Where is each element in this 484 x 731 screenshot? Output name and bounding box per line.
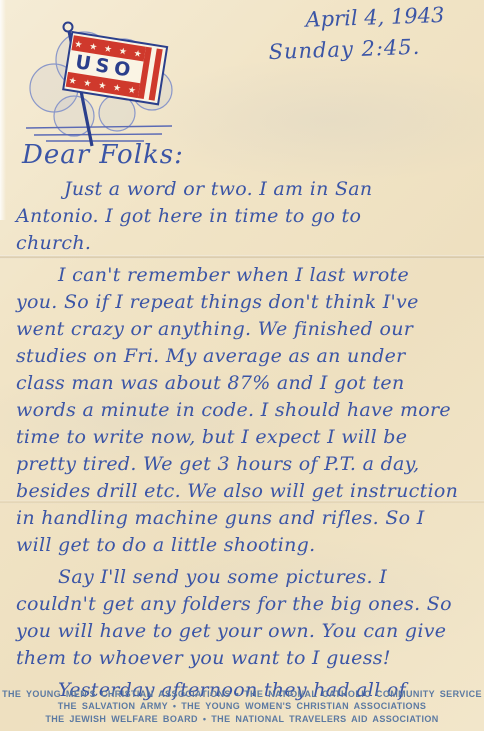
stationery-footer: THE YOUNG MEN'S CHRISTIAN ASSOCIATIONS •… [0, 688, 484, 726]
footer-line: THE JEWISH WELFARE BOARD • THE NATIONAL … [0, 713, 484, 726]
letter-paragraph: Just a word or two. I am in SanAntonio. … [16, 176, 478, 257]
letter-line: words a minute in code. I should have mo… [16, 397, 478, 424]
letter-line: in handling machine guns and rifles. So … [16, 505, 478, 532]
scan-edge-highlight [0, 0, 6, 220]
letter-body: Just a word or two. I am in SanAntonio. … [16, 176, 478, 709]
letter-greeting: Dear Folks: [22, 140, 184, 170]
uso-flag-icon: ★★★★★ ★★★★★ USO [12, 8, 192, 153]
svg-text:★: ★ [133, 49, 143, 60]
date-block: April 4, 1943 Sunday 2:45. [267, 3, 446, 64]
letter-line: time to write now, but I expect I will b… [16, 424, 478, 451]
letter-line: couldn't get any folders for the big one… [16, 591, 478, 618]
letter-paragraph: Say I'll send you some pictures. Icouldn… [16, 564, 478, 672]
letter-line: studies on Fri. My average as an under [16, 343, 478, 370]
svg-text:★: ★ [127, 85, 137, 96]
letter-line: them to whoever you want to I guess! [16, 645, 478, 672]
svg-text:★: ★ [118, 47, 128, 58]
letter-line: I can't remember when I last wrote [16, 262, 478, 289]
uso-flag-logo: ★★★★★ ★★★★★ USO [12, 8, 192, 153]
letter-line: church. [16, 230, 478, 257]
letter-paragraph: I can't remember when I last wroteyou. S… [16, 262, 478, 559]
footer-line: THE SALVATION ARMY • THE YOUNG WOMEN'S C… [0, 700, 484, 713]
letter-line: besides drill etc. We also will get inst… [16, 478, 478, 505]
letter-line: Antonio. I got here in time to go to [16, 203, 478, 230]
svg-text:★: ★ [103, 44, 113, 55]
footer-line: THE YOUNG MEN'S CHRISTIAN ASSOCIATIONS •… [0, 688, 484, 701]
svg-text:★: ★ [97, 81, 107, 92]
svg-text:★: ★ [83, 78, 93, 89]
date-line: April 4, 1943 [305, 3, 445, 32]
letter-line: pretty tired. We get 3 hours of P.T. a d… [16, 451, 478, 478]
letter-line: you will have to get your own. You can g… [16, 618, 478, 645]
svg-text:★: ★ [88, 42, 98, 53]
time-line: Sunday 2:45. [268, 34, 446, 64]
letter-line: Just a word or two. I am in San [16, 176, 478, 203]
letter-line: Say I'll send you some pictures. I [16, 564, 478, 591]
letter-line: you. So if I repeat things don't think I… [16, 289, 478, 316]
letter-line: will get to do a little shooting. [16, 532, 478, 559]
svg-text:★: ★ [112, 83, 122, 94]
svg-text:★: ★ [68, 76, 78, 87]
letter-line: went crazy or anything. We finished our [16, 316, 478, 343]
letter-line: class man was about 87% and I got ten [16, 370, 478, 397]
letter-paper: ★★★★★ ★★★★★ USO April 4, 1943 Sunday 2:4… [0, 0, 484, 731]
svg-text:★: ★ [74, 40, 84, 51]
